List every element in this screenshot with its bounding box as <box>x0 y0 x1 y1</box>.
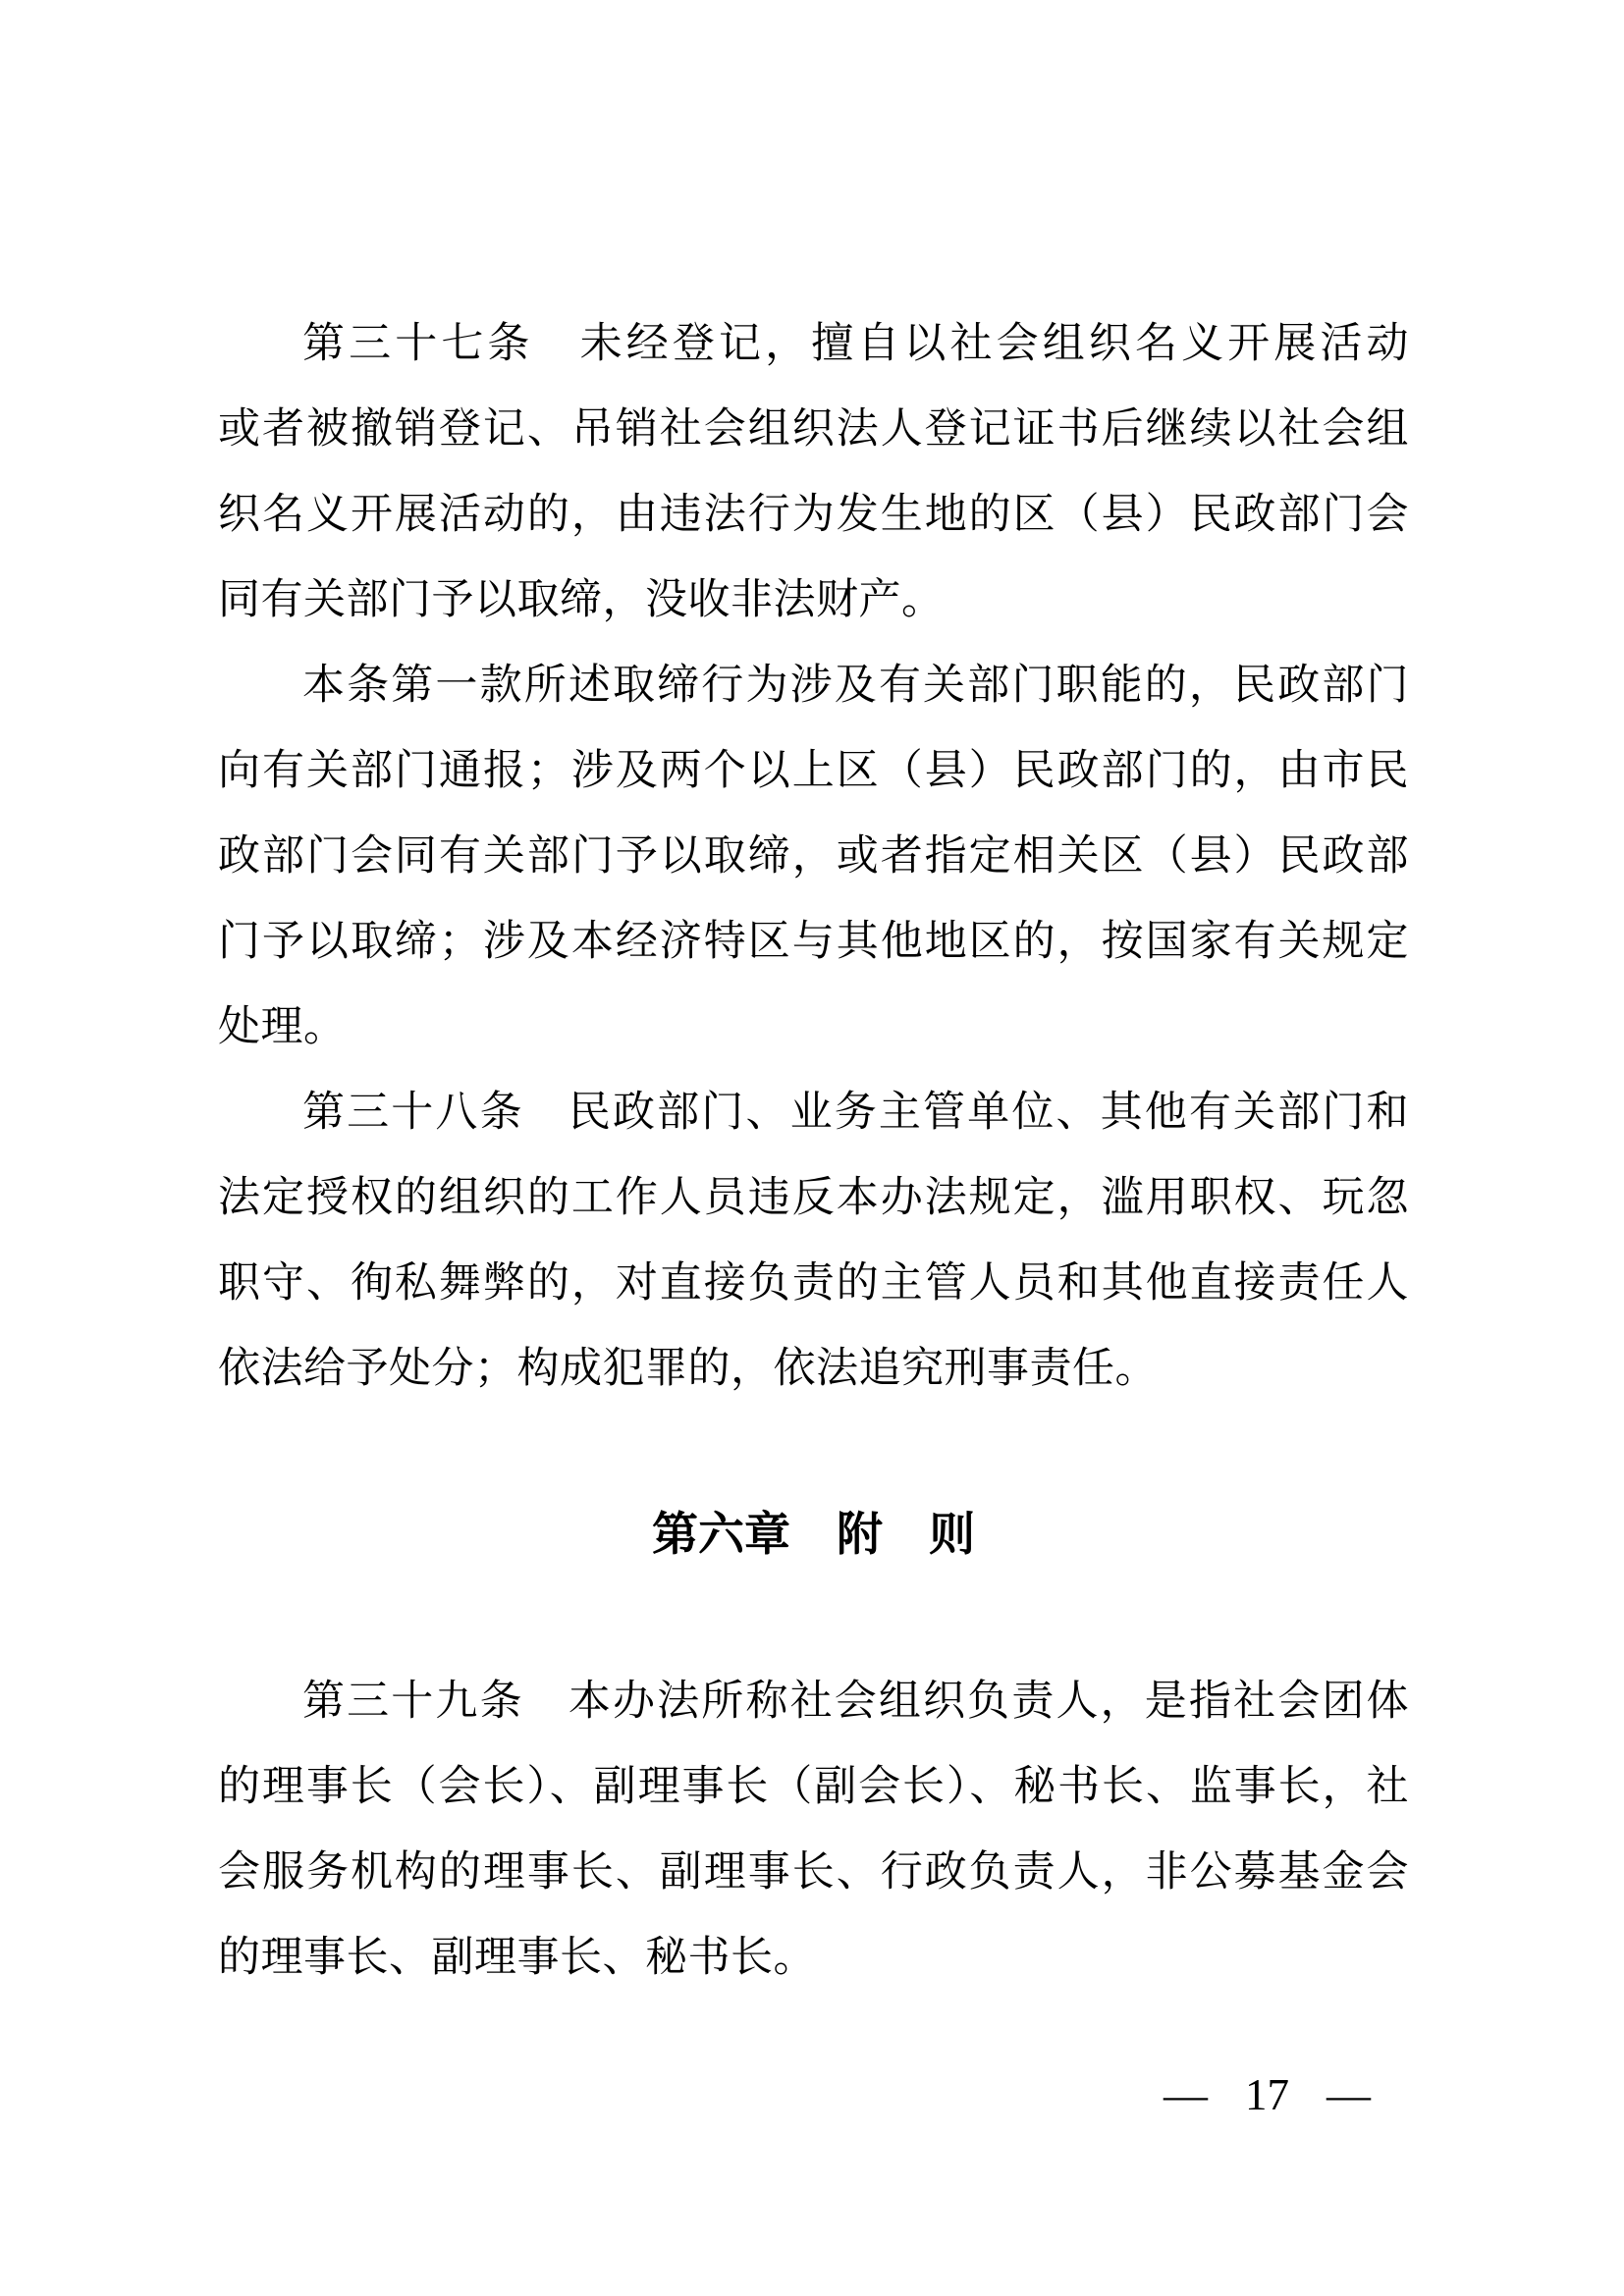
text-line: 本条第一款所述取缔行为涉及有关部门职能的，民政部门 <box>218 643 1409 728</box>
text-line: 会服务机构的理事长、副理事长、行政负责人，非公募基金会 <box>218 1830 1409 1915</box>
article-38: 第三十八条 民政部门、业务主管单位、其他有关部门和法定授权的组织的工作人员违反本… <box>218 1070 1409 1412</box>
article-39: 第三十九条 本办法所称社会组织负责人，是指社会团体的理事长（会长）、副理事长（副… <box>218 1659 1409 2001</box>
text-line: 依法给予处分；构成犯罪的，依法追究刑事责任。 <box>218 1326 1409 1412</box>
text-line: 同有关部门予以取缔，没收非法财产。 <box>218 558 1409 643</box>
page-footer: — 17 — <box>1164 2069 1371 2120</box>
page-number: 17 <box>1245 2069 1289 2120</box>
document-body: 第三十七条 未经登记，擅自以社会组织名义开展活动的，或者被撤销登记、吊销社会组织… <box>218 301 1409 2001</box>
article-37-clause-2: 本条第一款所述取缔行为涉及有关部门职能的，民政部门向有关部门通报；涉及两个以上区… <box>218 643 1409 1070</box>
text-line: 职守、徇私舞弊的，对直接负责的主管人员和其他直接责任人员 <box>218 1241 1409 1326</box>
article-37-clause-1: 第三十七条 未经登记，擅自以社会组织名义开展活动的，或者被撤销登记、吊销社会组织… <box>218 301 1409 643</box>
text-line: 第三十八条 民政部门、业务主管单位、其他有关部门和 <box>218 1070 1409 1155</box>
text-line: 处理。 <box>218 985 1409 1070</box>
text-line: 第三十九条 本办法所称社会组织负责人，是指社会团体 <box>218 1659 1409 1744</box>
text-line: 法定授权的组织的工作人员违反本办法规定，滥用职权、玩忽 <box>218 1155 1409 1241</box>
text-line: 向有关部门通报；涉及两个以上区（县）民政部门的，由市民 <box>218 728 1409 814</box>
text-line: 或者被撤销登记、吊销社会组织法人登记证书后继续以社会组 <box>218 387 1409 472</box>
text-line: 的理事长（会长）、副理事长（副会长）、秘书长、监事长，社 <box>218 1744 1409 1830</box>
text-line: 政部门会同有关部门予以取缔，或者指定相关区（县）民政部 <box>218 814 1409 899</box>
text-line: 织名义开展活动的，由违法行为发生地的区（县）民政部门会 <box>218 472 1409 558</box>
chapter-6-heading: 第六章 附 则 <box>218 1491 1409 1576</box>
text-line: 门予以取缔；涉及本经济特区与其他地区的，按国家有关规定 <box>218 899 1409 985</box>
text-line: 第三十七条 未经登记，擅自以社会组织名义开展活动的， <box>218 301 1409 387</box>
text-line: 的理事长、副理事长、秘书长。 <box>218 1915 1409 2001</box>
footer-dash-right: — <box>1326 2069 1371 2120</box>
document-page: 第三十七条 未经登记，擅自以社会组织名义开展活动的，或者被撤销登记、吊销社会组织… <box>0 0 1624 2296</box>
footer-dash-left: — <box>1164 2069 1208 2120</box>
